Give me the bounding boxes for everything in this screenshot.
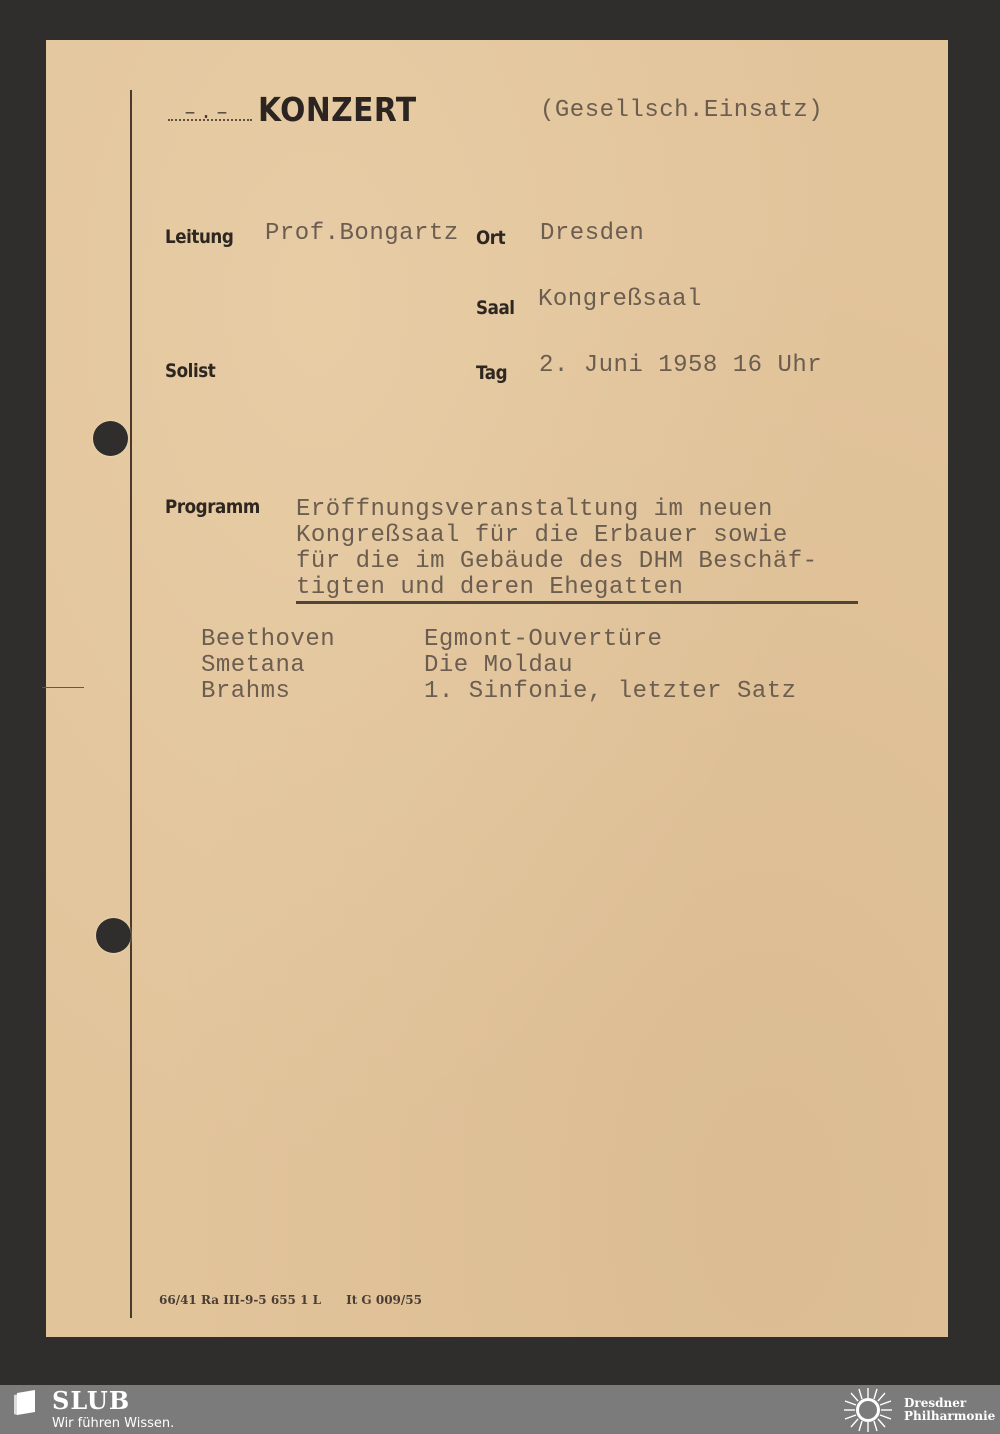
footer-bar: SLUB Wir führen Wissen. Dresdner Philhar… [0,1385,1000,1434]
document-title: KONZERT [258,90,417,129]
slub-tagline: Wir führen Wissen. [52,1416,174,1431]
dresdner-philharmonie-logo-icon[interactable] [841,1387,895,1433]
title-prefix-marks: –.– [184,102,232,125]
saal-value: Kongreßsaal [538,286,702,313]
ort-label: Ort [476,227,505,249]
programm-line-1: Eröffnungsveranstaltung im neuen [296,496,773,523]
program-item-work: 1. Sinfonie, letzter Satz [424,678,797,705]
form-number: 66/41 Ra III-9-5 655 1 L It G 009/55 [159,1293,422,1307]
ort-value: Dresden [540,220,644,247]
dresdner-philharmonie-name[interactable]: Dresdner Philharmonie [904,1397,995,1423]
program-item-work: Egmont-Ouvertüre [424,626,662,653]
dp-name-line-2: Philharmonie [904,1410,995,1423]
programm-underline [296,601,858,604]
program-item-composer: Beethoven [201,626,335,653]
punch-hole-top [93,421,128,456]
program-item-composer: Brahms [201,678,290,705]
fold-mark [42,687,84,688]
programm-label: Programm [165,496,260,518]
programm-line-2: Kongreßsaal für die Erbauer sowie [296,522,788,549]
program-item-work: Die Moldau [424,652,573,679]
slub-logo-name[interactable]: SLUB [52,1386,130,1415]
saal-label: Saal [476,297,515,319]
solist-label: Solist [165,360,215,382]
slub-logo-icon[interactable] [14,1390,38,1416]
punch-hole-bottom [96,918,131,953]
leitung-value: Prof.Bongartz [265,220,459,247]
tag-value: 2. Juni 1958 16 Uhr [539,352,822,379]
programm-line-3: für die im Gebäude des DHM Beschäf- [296,548,818,575]
leitung-label: Leitung [165,226,233,248]
title-note: (Gesellsch.Einsatz) [540,97,823,124]
program-item-composer: Smetana [201,652,305,679]
tag-label: Tag [476,362,507,384]
programm-line-4: tigten und deren Ehegatten [296,574,683,601]
margin-rule [130,90,132,1318]
document-page: –.– KONZERT (Gesellsch.Einsatz) Leitung … [46,40,948,1337]
